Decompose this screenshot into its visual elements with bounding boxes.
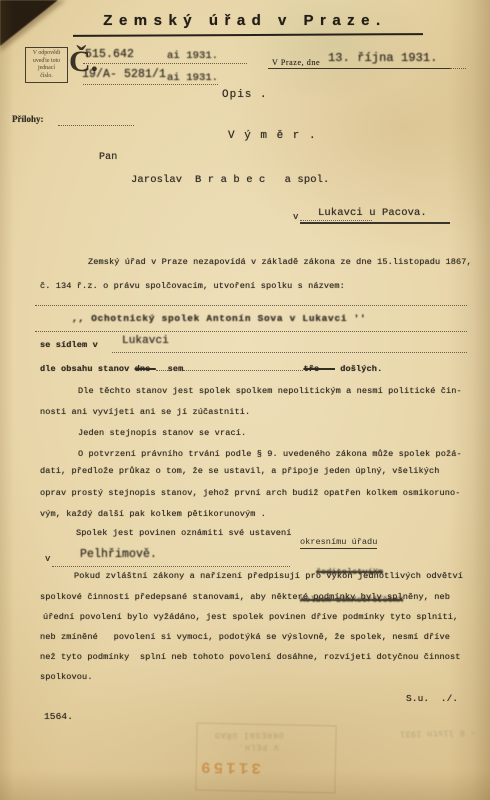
notify-place-prefix: v	[45, 554, 51, 564]
enclosures-line	[58, 125, 134, 126]
date-label: V Praze, dne	[272, 58, 320, 67]
reference-year-2: ai 1931.	[167, 72, 218, 84]
body-line: č. 134 ř.z. o právu spolčovacím, utvořen…	[40, 281, 345, 291]
bleed-stamp-text: V PELH.	[238, 742, 279, 751]
date-underline	[268, 68, 450, 69]
signature-mark: S.u. ./.	[406, 693, 458, 704]
salutation: Pan	[99, 152, 117, 163]
body-line: oprav prostý stejnopis stanov, jehož prv…	[40, 488, 461, 498]
letterhead-underline	[73, 33, 423, 37]
statutes-insert: sem	[168, 364, 184, 374]
body-line: nosti ani vyvíjeti ani se jí zúčastniti.	[40, 407, 250, 417]
statutes-tail: došlých.	[340, 364, 382, 374]
bleed-stamp-number: 31159	[198, 757, 261, 776]
reference-number-2: 19/A- 5281/1	[82, 68, 166, 81]
notify-place: Pelhřimově.	[80, 548, 157, 561]
body-line: vým, každý další pak kolkem pětikorunový…	[40, 509, 266, 519]
date-underline-dots	[450, 68, 466, 69]
copy-label: Opis .	[222, 89, 268, 101]
body-line: Spolek jest povinen oznámiti své ustaven…	[76, 528, 292, 538]
statutes-lead: dle obsahu stanov	[40, 364, 129, 374]
body-line: Jeden stejnopis stanov se vrací.	[78, 428, 246, 438]
body-line: než tyto podmínky splní neb tohoto povol…	[40, 652, 461, 662]
form-line	[35, 305, 467, 306]
form-line	[35, 331, 467, 332]
refbox-line: V odpovědi	[26, 50, 67, 58]
body-line: dati, předlože průkaz o tom, že se ustav…	[40, 466, 440, 476]
addressee-name: Jaroslav B r a b e c a spol.	[131, 174, 329, 186]
form-line	[52, 566, 290, 567]
body-line: neb zmíněné povolení si vymoci, podotýká…	[40, 632, 450, 642]
reference-instruction-box: V odpovědi uveďte toto jednací číslo.	[25, 47, 68, 83]
footer-number: 1564.	[44, 711, 73, 722]
enclosures-label: Přílohy:	[12, 114, 44, 124]
dotted-gap	[183, 361, 303, 371]
letterhead-title: Zemský úřad v Praze.	[0, 12, 490, 29]
authority-inserted: okresnímu úřadu	[300, 537, 377, 549]
refbox-line: jednací	[26, 65, 67, 73]
reference-year-1: ai 1931.	[167, 50, 218, 62]
refbox-line: číslo.	[26, 73, 67, 81]
body-line: Zemský úřad v Praze nezapovídá v základě…	[88, 257, 472, 267]
body-line: Dle těchto stanov jest spolek spolkem ne…	[78, 386, 462, 396]
bleed-stamp-text: OKRESNÍ ÚŘAD	[214, 730, 284, 739]
seat-value: Lukavci	[122, 335, 169, 347]
refbox-line: uveďte toto	[26, 58, 67, 66]
subject-heading: V ý m ě r .	[228, 130, 317, 142]
reference-number-1: 515.642	[85, 48, 134, 61]
address-dotted-line	[300, 220, 372, 221]
bleed-date-stamp: - 6 listn 1931	[400, 727, 476, 738]
dotted-gap	[156, 361, 168, 371]
form-line	[112, 352, 467, 353]
date-value: 13. října 1931.	[328, 51, 438, 65]
reference-underline-1	[83, 63, 247, 64]
body-line: O potvrzení právního trvání podle § 9. u…	[78, 449, 462, 459]
body-line: úřední povolení bylo vyžádáno, jest spol…	[43, 612, 458, 622]
address-underline	[300, 222, 450, 224]
body-line: spolkové činnosti předepsané stanovami, …	[40, 592, 450, 602]
statutes-struck-2: tře---	[303, 364, 335, 374]
society-name: ,, Ochotnický spolek Antonín Sova v Luka…	[72, 313, 366, 324]
body-line: Pokud zvláštní zákony a nařízení předpis…	[74, 571, 463, 581]
seat-label: se sídlem v	[40, 340, 98, 350]
reference-underline-2	[83, 84, 218, 85]
statutes-struck-dne: dne—	[135, 364, 156, 374]
body-line: spolkovou.	[40, 672, 93, 682]
address-place: Lukavci u Pacova.	[318, 207, 427, 219]
statutes-line: dle obsahu stanov dne—semtře--- došlých.	[40, 361, 382, 374]
scanned-document: Zemský úřad v Praze. V odpovědi uveďte t…	[0, 0, 490, 800]
address-prefix: v	[293, 212, 299, 222]
